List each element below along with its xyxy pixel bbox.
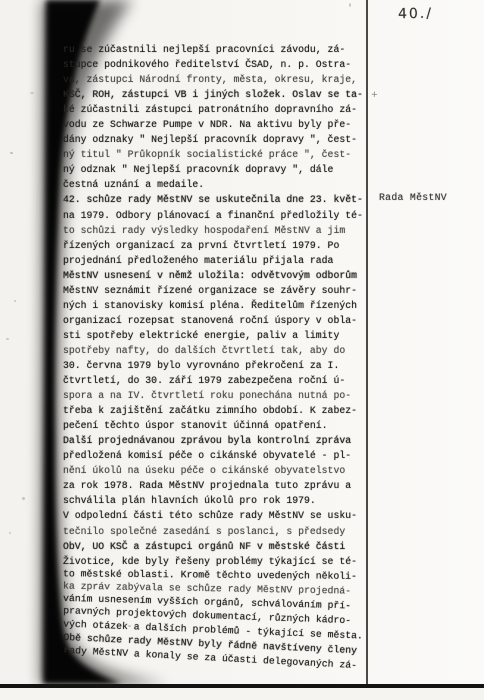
text-line: V odpolední části této schůze rady MěstN…	[63, 508, 375, 523]
text-line: spora a na IV. čtvrtletí roku ponechána …	[63, 388, 375, 403]
text-line: spotřeby nafty, do dalších čtvrtletí tak…	[63, 343, 375, 358]
text-line: stupce podnikového ředitelství ČSAD, n. …	[63, 57, 375, 72]
text-line: 30. června 1979 bylo vyrovnáno překročen…	[63, 358, 375, 373]
speckle	[6, 338, 9, 340]
text-line: organizací rozepsat stanovená roční úspo…	[63, 313, 375, 328]
text-line: MěstNV seznámit řízené organizace se záv…	[63, 283, 375, 298]
text-line: za rok 1978. Rada MěstNV projednala tuto…	[63, 478, 375, 493]
text-line: čestná uznání a medaile.	[63, 177, 375, 192]
text-line: va, zástupci Národní fronty, města, okre…	[63, 72, 375, 87]
text-line: projednání předloženého materiálu přijal…	[63, 253, 375, 268]
text-line: na 1979. Odbory plánovací a finanční pře…	[63, 208, 375, 223]
speckle	[10, 152, 13, 154]
text-line: předložená komisí péče o cikánské obyvat…	[63, 448, 375, 463]
text-column: ru se zúčastnili nejlepší pracovníci záv…	[63, 42, 375, 674]
pencil-cross-mark: +	[371, 90, 378, 102]
speckle	[14, 300, 16, 302]
text-line: MěstNV usnesení v němž uložila: odvětvov…	[63, 268, 375, 283]
text-line: čtvrtletí, do 30. září 1979 zabezpečena …	[63, 373, 375, 388]
speckle	[30, 92, 34, 94]
margin-note: Rada MěstNV	[379, 192, 447, 203]
text-line: KSČ, ROH, zástupci VB i jiných složek. O…	[63, 87, 375, 102]
page-bottom-strip	[0, 688, 484, 700]
text-line: 42. schůze rady MěstNV se uskutečnila dn…	[63, 192, 375, 207]
text-line: Další projednávanou zprávou byla kontrol…	[63, 433, 375, 448]
text-line: ké zúčastnili zástupci patronátního dopr…	[63, 102, 375, 117]
text-line: tečnilo společné zasedání s poslanci, s …	[63, 524, 375, 539]
text-line: dány odznaky " Nejlepší pracovník doprav…	[63, 132, 375, 147]
speckle	[128, 625, 131, 627]
speckle	[9, 532, 11, 534]
text-line: řízených organizací za první čtvrtletí 1…	[63, 238, 375, 253]
scanned-document-page: ru se zúčastnili nejlepší pracovníci záv…	[0, 0, 484, 700]
text-line: pečení těchto úspor stanovit účinná opat…	[63, 418, 375, 433]
speckle	[22, 497, 25, 500]
text-line: ných i stanovisky komisí pléna. Ředitelů…	[63, 298, 375, 313]
pencil-tick-mark: '	[347, 4, 353, 15]
text-line: ru se zúčastnili nejlepší pracovníci záv…	[63, 42, 375, 57]
speckle	[146, 273, 149, 276]
text-line: ObV, UO KSČ a zástupci orgánů NF v městs…	[63, 539, 375, 554]
text-line: to schůzi rady výsledky hospodaření Měst…	[63, 223, 375, 238]
text-line: ný odznak " Nejlepší pracovník dopravy "…	[63, 162, 375, 177]
page-number: 40./	[398, 6, 433, 23]
text-line: třeba k zajištění začátku zimního období…	[63, 403, 375, 418]
text-line: vodu ze Schwarze Pumpe v NDR. Na aktivu …	[63, 117, 375, 132]
text-line: ný titul " Průkopník socialistické práce…	[63, 147, 375, 162]
text-line: sti spotřeby elektrické energie, paliv a…	[63, 328, 375, 343]
text-line: nění úkolů na úseku péče o cikánské obyv…	[63, 463, 375, 478]
text-line: schválila plán hlavních úkolů pro rok 19…	[63, 493, 375, 508]
